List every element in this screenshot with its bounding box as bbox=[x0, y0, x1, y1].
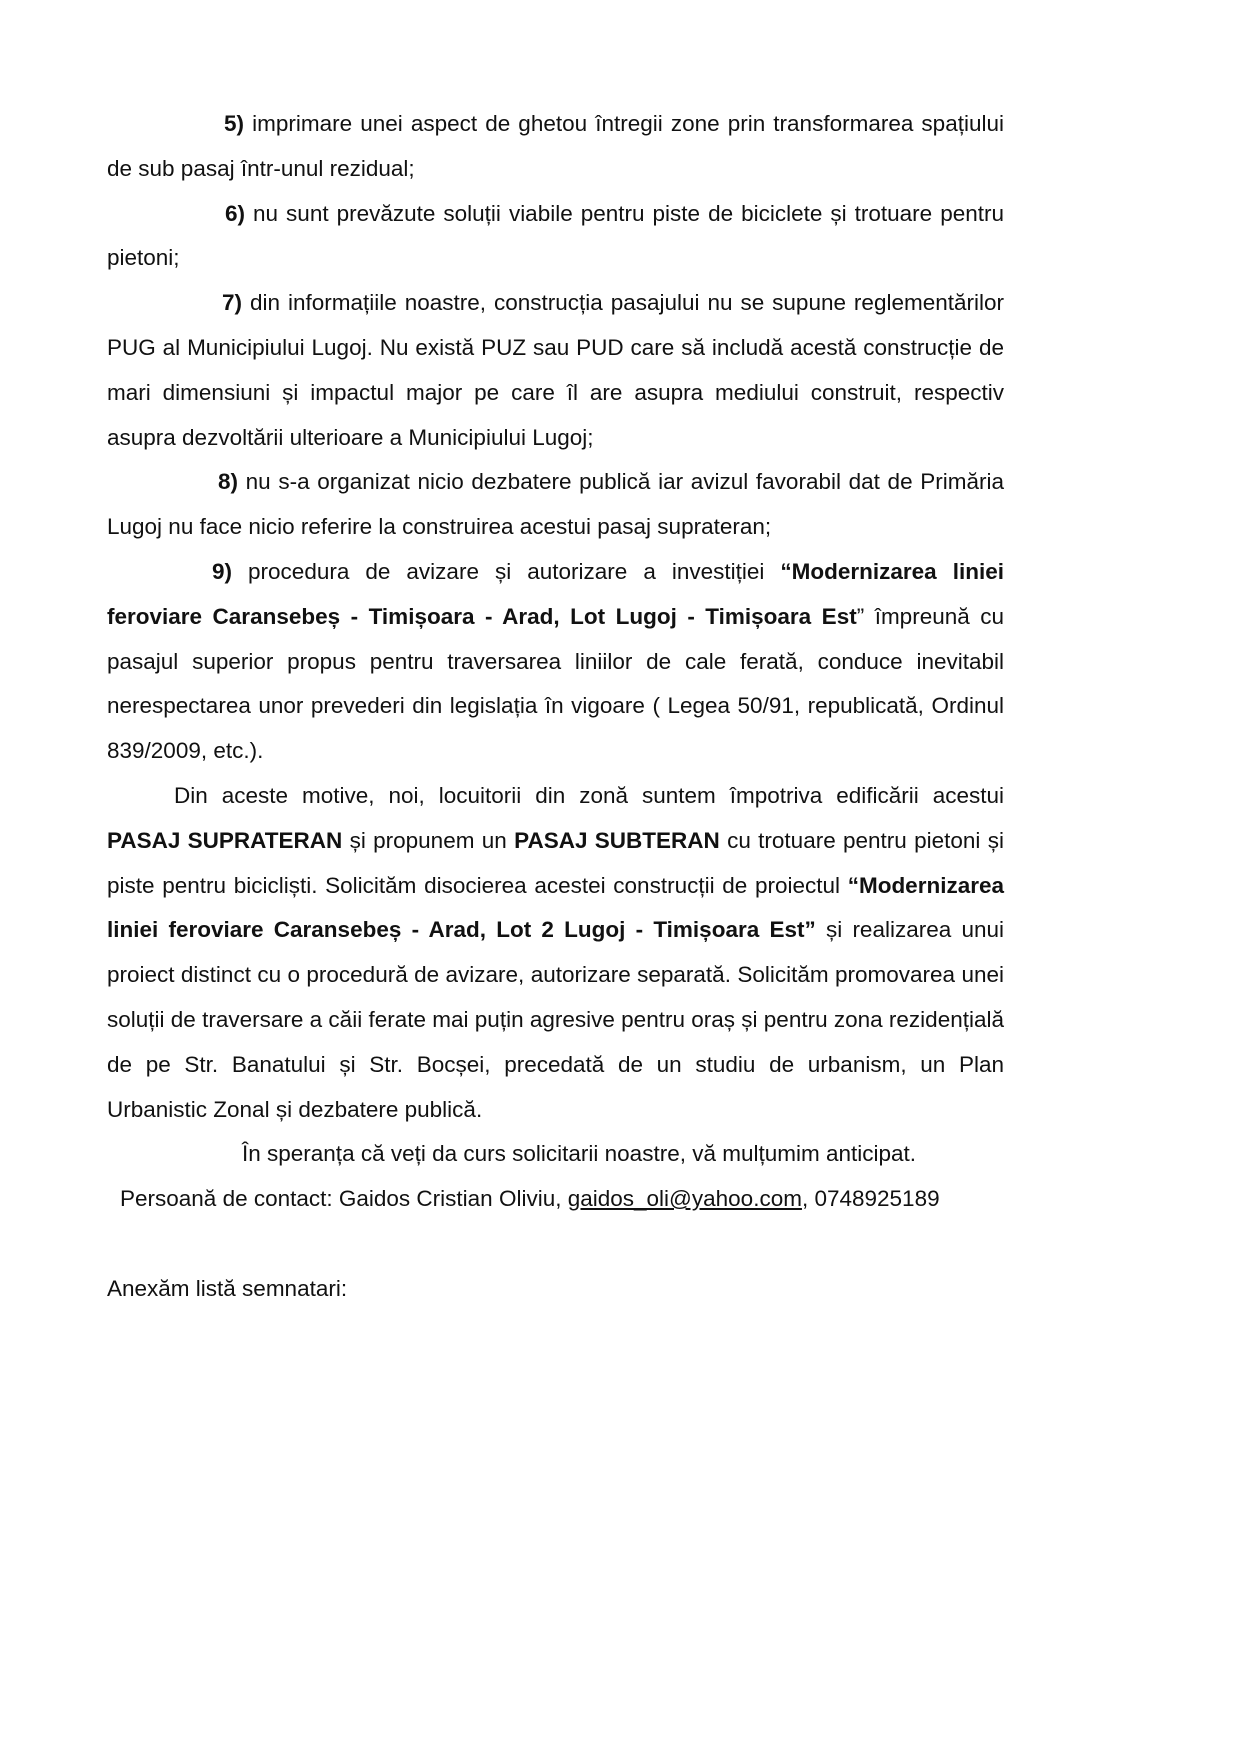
list-item-5: 5) imprimare unei aspect de ghetou între… bbox=[107, 102, 1004, 192]
email-link[interactable]: gaidos_oli@yahoo.com bbox=[568, 1186, 802, 1211]
conclusion-paragraph: Din aceste motive, noi, locuitorii din z… bbox=[107, 774, 1004, 1132]
list-item-9: 9) procedura de avizare și autorizare a … bbox=[107, 550, 1004, 774]
list-item-6: 6) nu sunt prevăzute soluții viabile pen… bbox=[107, 192, 1004, 282]
item-text: procedura de avizare și autorizare a inv… bbox=[232, 559, 780, 584]
item-number: 7) bbox=[222, 290, 242, 315]
contact-label: Persoană de contact: Gaidos Cristian Oli… bbox=[120, 1186, 568, 1211]
item-text: nu s-a organizat nicio dezbatere publică… bbox=[107, 469, 1004, 539]
item-number: 9) bbox=[212, 559, 232, 584]
item-number: 5) bbox=[224, 111, 244, 136]
conclusion-text: și realizarea unui proiect distinct cu o… bbox=[107, 917, 1004, 1121]
pasaj-subteran-emphasis: PASAJ SUBTERAN bbox=[514, 828, 720, 853]
list-item-7: 7) din informațiile noastre, construcția… bbox=[107, 281, 1004, 460]
item-number: 8) bbox=[218, 469, 238, 494]
annex-line: Anexăm listă semnatari: bbox=[107, 1267, 1004, 1312]
item-text: din informațiile noastre, construcția pa… bbox=[107, 290, 1004, 449]
list-item-8: 8) nu s-a organizat nicio dezbatere publ… bbox=[107, 460, 1004, 550]
conclusion-text: și propunem un bbox=[342, 828, 514, 853]
pasaj-suprateran-emphasis: PASAJ SUPRATERAN bbox=[107, 828, 342, 853]
contact-phone: , 0748925189 bbox=[802, 1186, 940, 1211]
document-page: 5) imprimare unei aspect de ghetou între… bbox=[107, 102, 1004, 1312]
contact-line: Persoană de contact: Gaidos Cristian Oli… bbox=[107, 1177, 1004, 1222]
closing-line: În speranța că veți da curs solicitarii … bbox=[107, 1132, 1004, 1177]
item-number: 6) bbox=[225, 201, 245, 226]
conclusion-text: Din aceste motive, noi, locuitorii din z… bbox=[174, 783, 1004, 808]
